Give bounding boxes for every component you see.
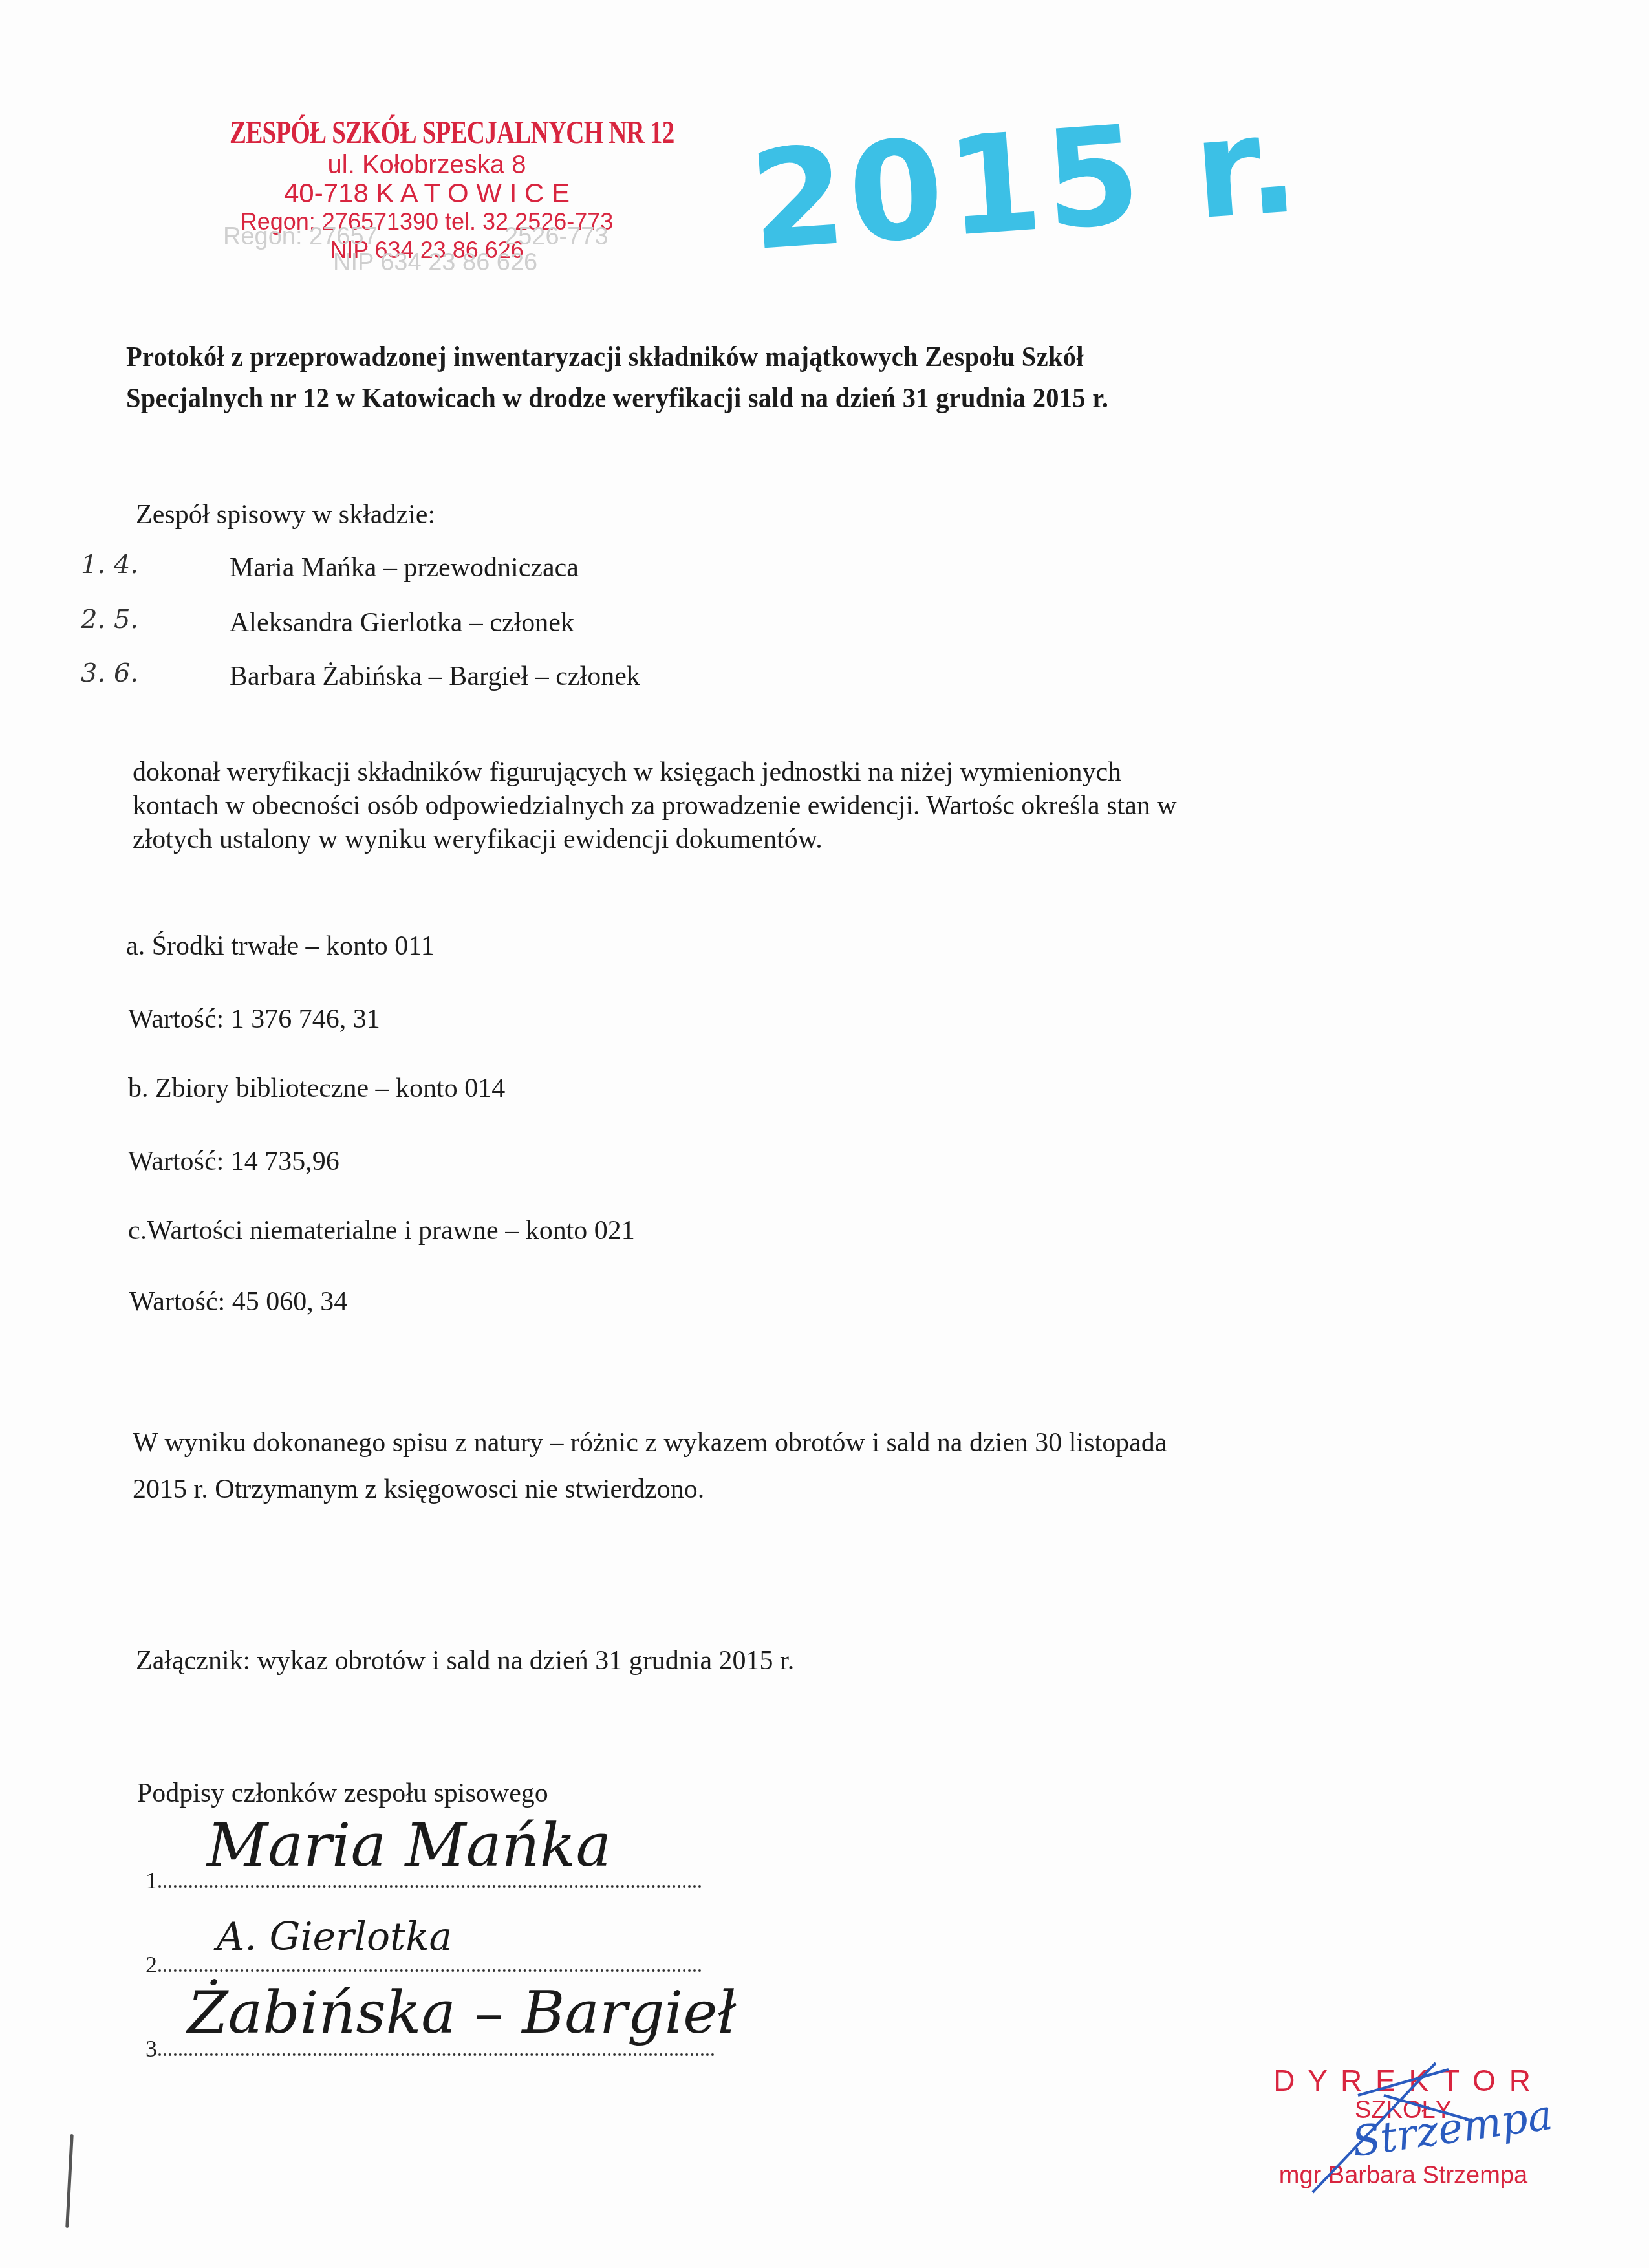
signature-number-2: 2 bbox=[145, 1947, 157, 1983]
stamp-city: 40-718 K A T O W I C E bbox=[226, 179, 627, 208]
signature-number-3: 3 bbox=[145, 2031, 157, 2067]
member-number-2: 2. 5. bbox=[81, 605, 138, 634]
director-signature-stroke bbox=[1287, 2050, 1481, 2205]
result-paragraph: W wyniku dokonanego spisu z natury – róż… bbox=[133, 1420, 1167, 1513]
signature-number-1: 1 bbox=[145, 1863, 157, 1899]
ghost-stamp-regon: Regon: 27657 bbox=[223, 223, 378, 251]
account-label-b: b. Zbiory biblioteczne – konto 014 bbox=[128, 1070, 505, 1107]
account-value-a: Wartość: 1 376 746, 31 bbox=[128, 1001, 380, 1037]
margin-pen-mark bbox=[65, 2134, 74, 2228]
title-line-1: Protokół z przeprowadzonej inwentaryzacj… bbox=[126, 336, 1108, 378]
account-value-c: Wartość: 45 060, 34 bbox=[129, 1284, 347, 1320]
body-line-3: złotych ustalony w wyniku weryfikacji ew… bbox=[133, 823, 1177, 856]
account-value-b: Wartość: 14 735,96 bbox=[128, 1143, 339, 1180]
signature-line-2 bbox=[158, 1969, 702, 1972]
member-2: Aleksandra Gierlotka – członek bbox=[230, 605, 574, 641]
member-number-3: 3. 6. bbox=[81, 658, 138, 688]
result-line-2: 2015 r. Otrzymanym z księgowosci nie stw… bbox=[133, 1466, 1167, 1513]
body-line-1: dokonał weryfikacji składników figurując… bbox=[133, 755, 1177, 789]
account-label-a: a. Środki trwałe – konto 011 bbox=[126, 928, 435, 964]
handwritten-year: 2015 r. bbox=[745, 85, 1306, 281]
document-title: Protokół z przeprowadzonej inwentaryzacj… bbox=[126, 336, 1108, 419]
body-paragraph: dokonał weryfikacji składników figurując… bbox=[133, 755, 1177, 856]
ghost-stamp-nip: NIP 634 23 86 626 bbox=[333, 249, 537, 277]
signature-line-1 bbox=[158, 1885, 702, 1888]
ghost-stamp-phone: 2526-773 bbox=[504, 223, 609, 251]
signature-3: Żabińska – Bargieł bbox=[188, 1979, 737, 2047]
member-1: Maria Mańka – przewodniczaca bbox=[230, 550, 579, 586]
stamp-school-name: ZESPÓŁ SZKÓŁ SPECJALNYCH NR 12 bbox=[230, 113, 540, 151]
result-line-1: W wyniku dokonanego spisu z natury – róż… bbox=[133, 1420, 1167, 1466]
attachment-note: Załącznik: wykaz obrotów i sald na dzień… bbox=[136, 1643, 794, 1679]
team-heading: Zespół spisowy w składzie: bbox=[136, 497, 435, 533]
title-line-2: Specjalnych nr 12 w Katowicach w drodze … bbox=[126, 378, 1108, 419]
account-label-c: c.Wartości niematerialne i prawne – kont… bbox=[128, 1213, 635, 1249]
signature-1: Maria Mańka bbox=[207, 1811, 611, 1880]
stamp-address: ul. Kołobrzeska 8 bbox=[226, 151, 627, 179]
member-3: Barbara Żabińska – Bargieł – członek bbox=[230, 658, 640, 695]
signature-2: A. Gierlotka bbox=[217, 1914, 452, 1960]
signatures-heading: Podpisy członków zespołu spisowego bbox=[137, 1775, 548, 1811]
body-line-2: kontach w obecności osób odpowiedzialnyc… bbox=[133, 789, 1177, 823]
member-number-1: 1. 4. bbox=[81, 550, 138, 579]
signature-line-3 bbox=[158, 2053, 715, 2056]
